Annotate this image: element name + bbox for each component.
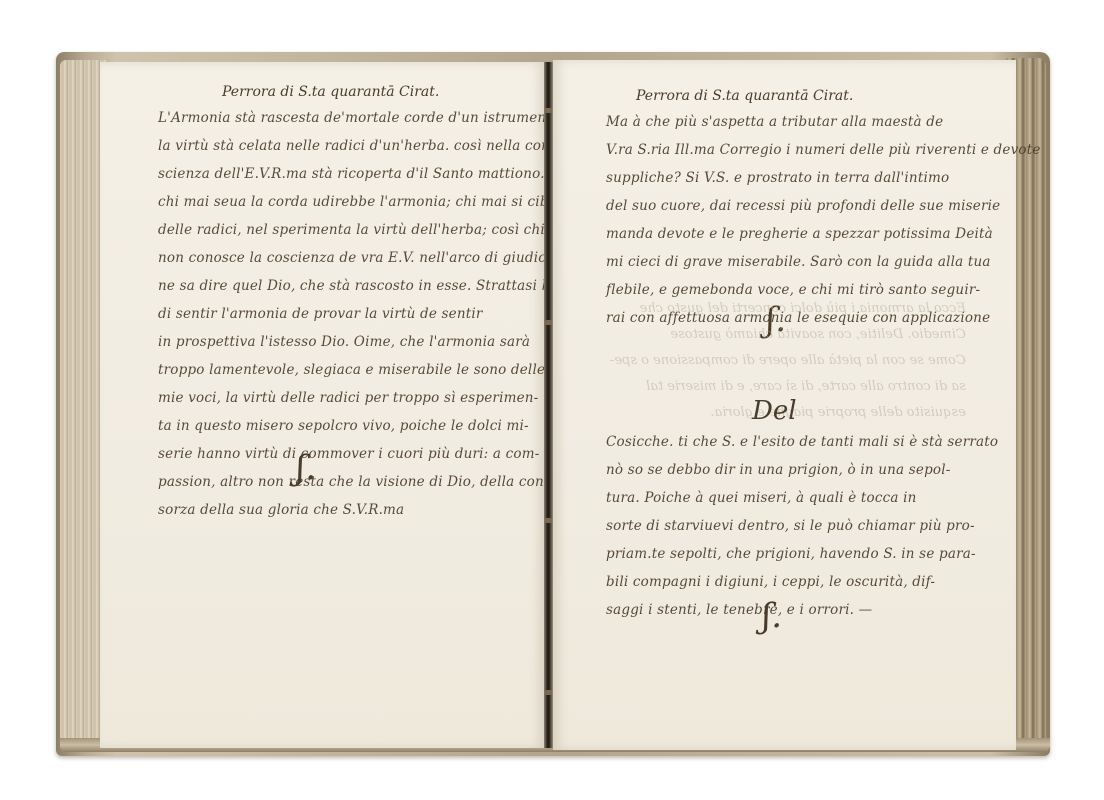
text-line: passion, altro non resta che la visione … bbox=[158, 468, 574, 496]
text-line: priam.te sepolti, che prigioni, havendo … bbox=[606, 540, 998, 568]
text-line: scienza dell'E.V.R.ma stà ricoperta d'il… bbox=[158, 160, 574, 188]
text-line: ta in questo misero sepolcro vivo, poich… bbox=[158, 412, 574, 440]
book-gutter bbox=[544, 62, 553, 748]
text-line: tura. Poiche à quei miseri, à quali è to… bbox=[606, 484, 998, 512]
text-line: mie voci, la virtù delle radici per trop… bbox=[158, 384, 574, 412]
text-line: la virtù stà celata nelle radici d'un'he… bbox=[158, 132, 574, 160]
section-mark: Del bbox=[752, 396, 797, 426]
bleed-line: Come se con la pietà alle opere di compa… bbox=[610, 348, 966, 374]
text-line: Ma à che più s'aspetta a tributar alla m… bbox=[606, 108, 1041, 136]
binding-stitch bbox=[545, 108, 552, 113]
right-page-text-lower: Cosicche. ti che S. e l'esito de tanti m… bbox=[606, 428, 998, 624]
text-line: suppliche? Si V.S. e prostrato in terra … bbox=[606, 164, 1041, 192]
right-page-signature-mark-lower: ʃ. bbox=[762, 596, 782, 636]
text-line: serie hanno virtù di commover i cuori pi… bbox=[158, 440, 574, 468]
text-line: chi mai seua la corda udirebbe l'armonia… bbox=[158, 188, 574, 216]
left-page-heading: Perrora di S.ta quarantā Cirat. bbox=[222, 84, 439, 100]
left-page-text: L'Armonia stà rascesta de'mortale corde … bbox=[158, 104, 574, 524]
text-line: sorza della sua gloria che S.V.R.ma bbox=[158, 496, 574, 524]
bleed-line: Ecco la armonia i più dolci concerti del… bbox=[610, 296, 966, 322]
text-line: nò so se debbo dir in una prigion, ò in … bbox=[606, 456, 998, 484]
binding-stitch bbox=[545, 518, 552, 523]
text-line: ne sa dire quel Dio, che stà rascosto in… bbox=[158, 272, 574, 300]
text-line: di sentir l'armonia de provar la virtù d… bbox=[158, 300, 574, 328]
text-line: Cosicche. ti che S. e l'esito de tanti m… bbox=[606, 428, 998, 456]
text-line: L'Armonia stà rascesta de'mortale corde … bbox=[158, 104, 574, 132]
text-line: in prospettiva l'istesso Dio. Oime, che … bbox=[158, 328, 574, 356]
text-line: V.ra S.ria Ill.ma Corregio i numeri dell… bbox=[606, 136, 1041, 164]
text-line: del suo cuore, dai recessi più profondi … bbox=[606, 192, 1041, 220]
text-line: manda devote e le pregherie a spezzar po… bbox=[606, 220, 1041, 248]
text-line: troppo lamentevole, slegiaca e miserabil… bbox=[158, 356, 574, 384]
binding-stitch bbox=[545, 690, 552, 695]
text-line: delle radici, nel sperimenta la virtù de… bbox=[158, 216, 574, 244]
text-line: mi cieci di grave miserabile. Sarò con l… bbox=[606, 248, 1041, 276]
binding-stitch bbox=[545, 320, 552, 325]
text-line: non conosce la coscienza de vra E.V. nel… bbox=[158, 244, 574, 272]
text-line: saggi i stenti, le tenebre, e i orrori. … bbox=[606, 596, 998, 624]
left-page-signature-mark: ʃ. bbox=[296, 448, 316, 488]
text-line: bili compagni i digiuni, i ceppi, le osc… bbox=[606, 568, 998, 596]
manuscript-photo: Perrora di S.ta quarantā Cirat. L'Armoni… bbox=[0, 0, 1104, 800]
bleed-line: Cimedio. Delitie, con soavità chiamò gus… bbox=[610, 322, 966, 348]
right-page-heading: Perrora di S.ta quarantā Cirat. bbox=[636, 88, 853, 104]
text-line: sorte di starviuevi dentro, si le può ch… bbox=[606, 512, 998, 540]
